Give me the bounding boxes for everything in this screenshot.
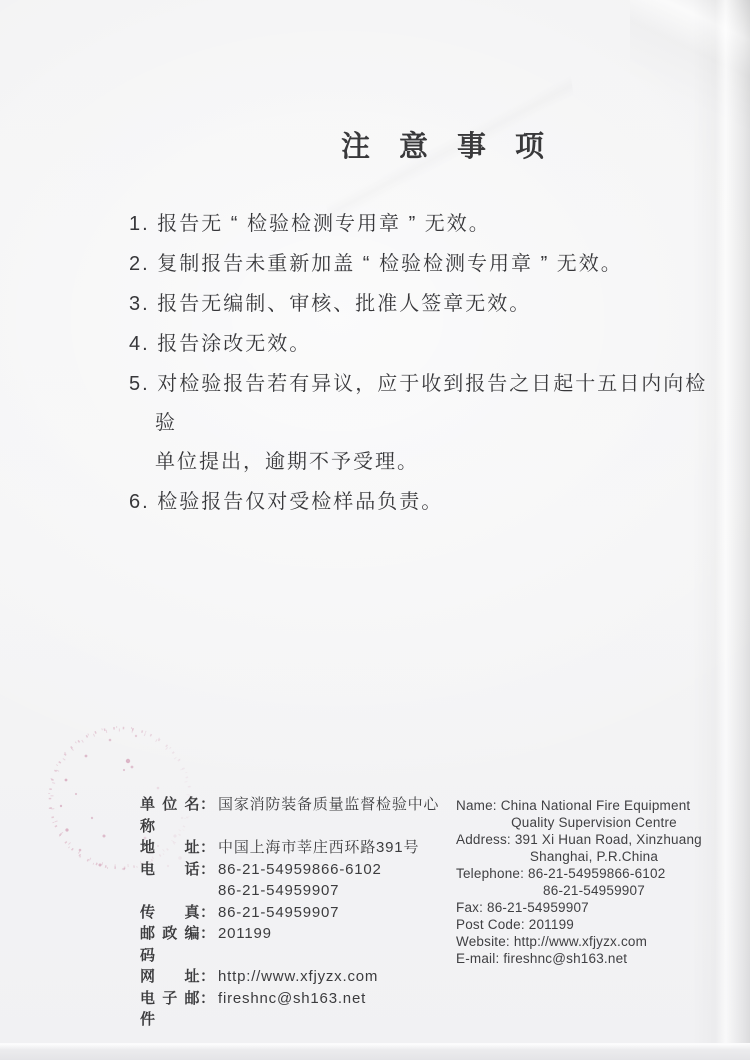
notice-item-3: 3. 报告无编制、审核、批准人签章无效。 bbox=[129, 285, 714, 324]
contact-value: 86-21-54959907 bbox=[218, 902, 339, 924]
contact-row-telephone: 电话： 86-21-54959866-6102 86-21-54959907 bbox=[140, 859, 450, 902]
contact-en-telephone-cont: 86-21-54959907 bbox=[456, 882, 732, 899]
contact-en-website: Website: http://www.xfjyzx.com bbox=[456, 933, 732, 950]
contact-en-postcode: Post Code: 201199 bbox=[456, 916, 732, 933]
contact-colon: ： bbox=[200, 837, 215, 859]
contact-label: 网址 bbox=[140, 966, 200, 988]
notice-item-4: 4. 报告涂改无效。 bbox=[129, 325, 714, 364]
contact-value email-link: fireshnc@sh163.net bbox=[218, 988, 366, 1010]
contact-label: 地址 bbox=[140, 837, 200, 859]
contact-en-address: Address: 391 Xi Huan Road, Xinzhuang bbox=[456, 831, 732, 848]
scan-crease-top-right bbox=[630, 0, 750, 170]
contact-value: 201199 bbox=[218, 923, 272, 945]
contact-label: 电子邮件 bbox=[140, 988, 200, 1031]
contact-row-unit-name: 单位名称： 国家消防装备质量监督检验中心 bbox=[140, 794, 450, 837]
contact-value: 国家消防装备质量监督检验中心 bbox=[218, 794, 439, 816]
contact-en-name-cont: Quality Supervision Centre bbox=[456, 814, 732, 831]
notice-item-6: 6. 检验报告仅对受检样品负责。 bbox=[129, 483, 714, 522]
contact-label: 电话 bbox=[140, 859, 200, 881]
contact-colon: ： bbox=[200, 923, 215, 945]
contact-label: 邮政编码 bbox=[140, 923, 200, 966]
contact-colon: ： bbox=[200, 794, 215, 816]
contact-value website-link: http://www.xfjyzx.com bbox=[218, 966, 378, 988]
notice-item-1: 1. 报告无 “ 检验检测专用章 ” 无效。 bbox=[129, 205, 714, 244]
contact-en-name: Name: China National Fire Equipment bbox=[456, 797, 732, 814]
contact-value: 中国上海市莘庄西环路391号 bbox=[218, 837, 419, 859]
contact-colon: ： bbox=[200, 966, 215, 988]
contact-row-website: 网址： http://www.xfjyzx.com bbox=[140, 966, 450, 988]
contact-en-fax: Fax: 86-21-54959907 bbox=[456, 899, 732, 916]
contact-en-email: E-mail: fireshnc@sh163.net bbox=[456, 950, 732, 967]
contact-block-chinese: 单位名称： 国家消防装备质量监督检验中心 地址： 中国上海市莘庄西环路391号 … bbox=[140, 794, 450, 1031]
contact-en-telephone: Telephone: 86-21-54959866-6102 bbox=[456, 865, 732, 882]
notice-title: 注意事项 bbox=[341, 124, 573, 165]
contact-colon: ： bbox=[200, 859, 215, 881]
contact-value: 86-21-54959866-6102 86-21-54959907 bbox=[218, 859, 382, 902]
document-page: 注意事项 1. 报告无 “ 检验检测专用章 ” 无效。 2. 复制报告未重新加盖… bbox=[0, 0, 750, 1060]
contact-label: 传真 bbox=[140, 902, 200, 924]
scan-edge-bottom bbox=[0, 1043, 750, 1060]
contact-colon: ： bbox=[200, 988, 215, 1010]
contact-en-address-cont: Shanghai, P.R.China bbox=[456, 848, 732, 865]
contact-row-address: 地址： 中国上海市莘庄西环路391号 bbox=[140, 837, 450, 859]
contact-row-postcode: 邮政编码： 201199 bbox=[140, 923, 450, 966]
contact-row-fax: 传真： 86-21-54959907 bbox=[140, 902, 450, 924]
contact-block-english: Name: China National Fire Equipment Qual… bbox=[456, 797, 732, 967]
contact-row-email: 电子邮件： fireshnc@sh163.net bbox=[140, 988, 450, 1031]
notice-list: 1. 报告无 “ 检验检测专用章 ” 无效。 2. 复制报告未重新加盖 “ 检验… bbox=[129, 205, 714, 523]
contact-label: 单位名称 bbox=[140, 794, 200, 837]
contact-colon: ： bbox=[200, 902, 215, 924]
notice-item-5: 5. 对检验报告若有异议，应于收到报告之日起十五日内向检验 单位提出，逾期不予受… bbox=[129, 365, 714, 482]
notice-item-2: 2. 复制报告未重新加盖 “ 检验检测专用章 ” 无效。 bbox=[129, 245, 714, 284]
